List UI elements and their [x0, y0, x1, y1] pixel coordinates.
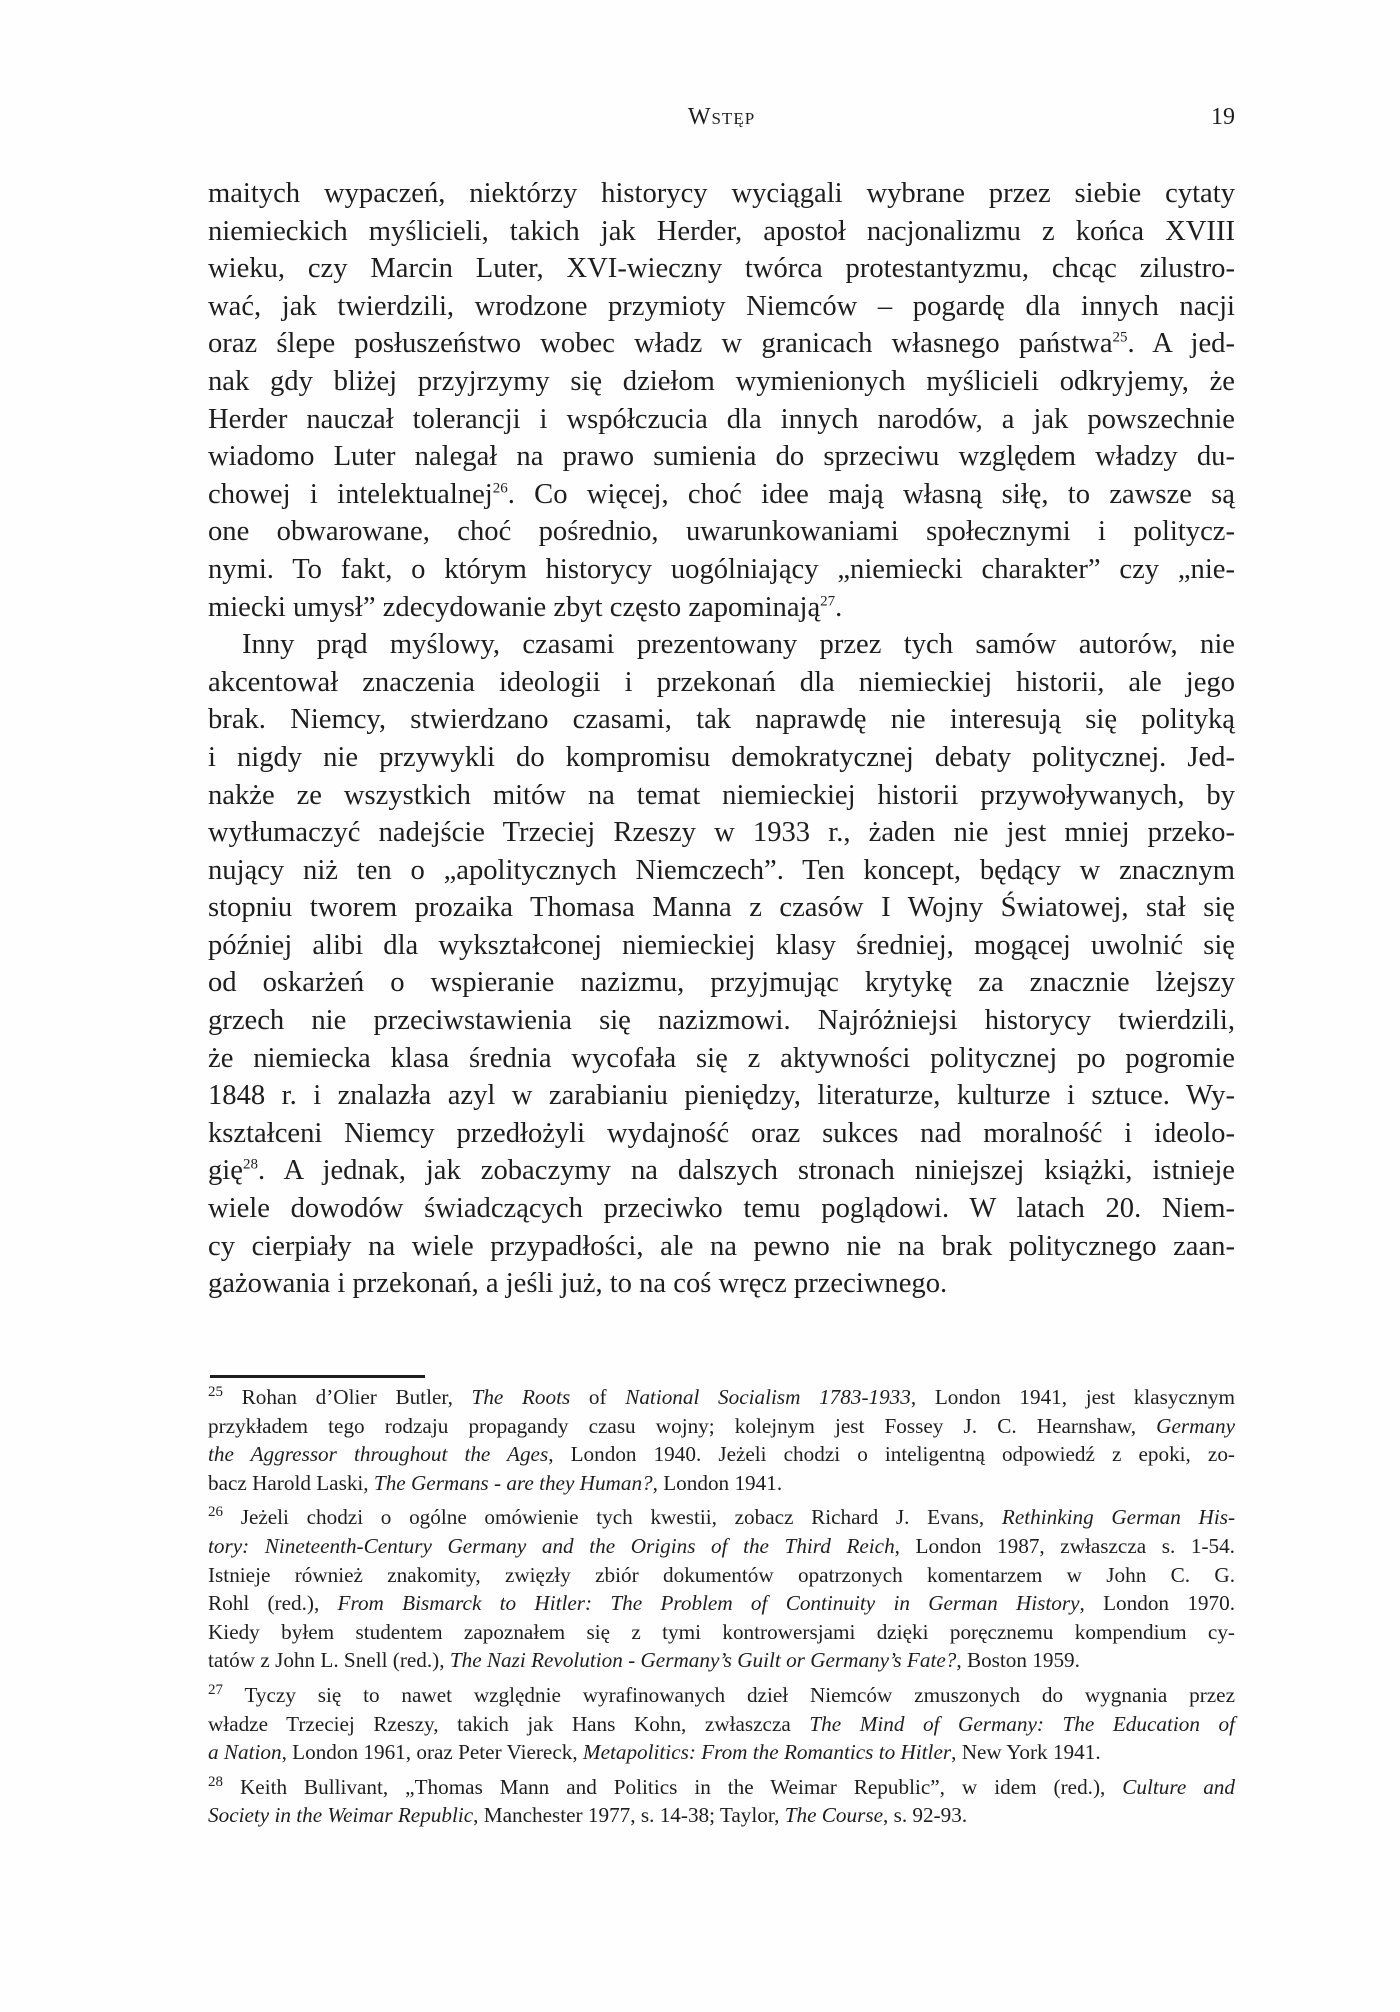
text-line: one obwarowane, choć pośrednio, uwarunko…	[208, 513, 1235, 551]
text-line: wiadomo Luter nalegał na prawo sumienia …	[208, 438, 1235, 476]
text-line: niemieckich myślicieli, takich jak Herde…	[208, 213, 1235, 251]
body-text: maitych wypaczeń, niektórzy historycy wy…	[208, 175, 1235, 1303]
footnote-line: tatów z John L. Snell (red.), The Nazi R…	[208, 1646, 1235, 1675]
text-line: brak. Niemcy, stwierdzano czasami, tak n…	[208, 701, 1235, 739]
text-line: maitych wypaczeń, niektórzy historycy wy…	[208, 175, 1235, 213]
text-line: gażowania i przekonań, a jeśli już, to n…	[208, 1265, 1235, 1303]
paragraph-2: Inny prąd myślowy, czasami prezentowany …	[208, 626, 1235, 1303]
footnote-line: a Nation, London 1961, oraz Peter Vierec…	[208, 1738, 1235, 1767]
footnote-25: 25 Rohan d’Olier Butler, The Roots of Na…	[208, 1383, 1235, 1497]
footnote-line: przykładem tego rodzaju propagandy czasu…	[208, 1412, 1235, 1441]
footnote-line: the Aggressor throughout the Ages, Londo…	[208, 1440, 1235, 1469]
footnote-ref[interactable]: 27	[820, 593, 835, 609]
text-line: miecki umysł” zdecydowanie zbyt często z…	[208, 589, 1235, 627]
footnote-number: 25	[208, 1384, 223, 1400]
footnote-line: tory: Nineteenth-Century Germany and the…	[208, 1532, 1235, 1561]
book-page: Wstęp 19 maitych wypaczeń, niektórzy his…	[0, 0, 1400, 2012]
footnote-28: 28 Keith Bullivant, „Thomas Mann and Pol…	[208, 1773, 1235, 1830]
footnote-line: władze Trzeciej Rzeszy, takich jak Hans …	[208, 1710, 1235, 1739]
text-line: od oskarżeń o wspieranie nazizmu, przyjm…	[208, 964, 1235, 1002]
text-line: gię28. A jednak, jak zobaczymy na dalszy…	[208, 1152, 1235, 1190]
running-head: Wstęp 19	[208, 100, 1235, 140]
footnote-number: 27	[208, 1682, 223, 1698]
footnote-26: 26 Jeżeli chodzi o ogólne omówienie tych…	[208, 1503, 1235, 1675]
text-line: i nigdy nie przywykli do kompromisu demo…	[208, 739, 1235, 777]
text-line: Herder nauczał tolerancji i współczucia …	[208, 401, 1235, 439]
text-line: nakże ze wszystkich mitów na temat niemi…	[208, 777, 1235, 815]
footnote-line: Kiedy byłem studentem zapoznałem się z t…	[208, 1618, 1235, 1647]
text-line: wieku, czy Marcin Luter, XVI-wieczny twó…	[208, 250, 1235, 288]
chapter-title: Wstęp	[208, 104, 1235, 131]
footnote-separator	[210, 1375, 425, 1378]
text-line: akcentował znaczenia ideologii i przekon…	[208, 664, 1235, 702]
footnote-ref[interactable]: 28	[243, 1157, 258, 1173]
text-line: cy cierpiały na wiele przypadłości, ale …	[208, 1228, 1235, 1266]
text-line: Inny prąd myślowy, czasami prezentowany …	[208, 626, 1235, 664]
footnote-line: 26 Jeżeli chodzi o ogólne omówienie tych…	[208, 1503, 1235, 1532]
footnote-line: 27 Tyczy się to nawet względnie wyrafino…	[208, 1681, 1235, 1710]
text-line: grzech nie przeciwstawienia się nazizmow…	[208, 1002, 1235, 1040]
text-line: nak gdy bliżej przyjrzymy się dziełom wy…	[208, 363, 1235, 401]
footnote-ref[interactable]: 26	[493, 480, 508, 496]
text-line: że niemiecka klasa średnia wycofała się …	[208, 1040, 1235, 1078]
footnote-line: Rohl (red.), From Bismarck to Hitler: Th…	[208, 1589, 1235, 1618]
footnote-27: 27 Tyczy się to nawet względnie wyrafino…	[208, 1681, 1235, 1767]
text-line: nymi. To fakt, o którym historycy uogóln…	[208, 551, 1235, 589]
footnote-line: Istnieje również znakomity, zwięzły zbió…	[208, 1561, 1235, 1590]
text-line: kształceni Niemcy przedłożyli wydajność …	[208, 1115, 1235, 1153]
footnote-line: bacz Harold Laski, The Germans - are the…	[208, 1469, 1235, 1498]
footnotes: 25 Rohan d’Olier Butler, The Roots of Na…	[208, 1383, 1235, 1836]
text-line: oraz ślepe posłuszeństwo wobec władz w g…	[208, 325, 1235, 363]
footnote-ref[interactable]: 25	[1113, 330, 1128, 346]
page-number: 19	[1211, 104, 1235, 131]
text-line: wiele dowodów świadczących przeciwko tem…	[208, 1190, 1235, 1228]
footnote-line: Society in the Weimar Republic, Manchest…	[208, 1801, 1235, 1830]
text-line: wać, jak twierdzili, wrodzone przymioty …	[208, 288, 1235, 326]
footnote-number: 26	[208, 1504, 223, 1520]
text-line: chowej i intelektualnej26. Co więcej, ch…	[208, 476, 1235, 514]
footnote-number: 28	[208, 1774, 223, 1790]
footnote-line: 28 Keith Bullivant, „Thomas Mann and Pol…	[208, 1773, 1235, 1802]
text-line: później alibi dla wykształconej niemieck…	[208, 927, 1235, 965]
text-line: wytłumaczyć nadejście Trzeciej Rzeszy w …	[208, 814, 1235, 852]
text-line: stopniu tworem prozaika Thomasa Manna z …	[208, 889, 1235, 927]
text-line: 1848 r. i znalazła azyl w zarabianiu pie…	[208, 1077, 1235, 1115]
paragraph-1: maitych wypaczeń, niektórzy historycy wy…	[208, 175, 1235, 626]
footnote-line: 25 Rohan d’Olier Butler, The Roots of Na…	[208, 1383, 1235, 1412]
text-line: nujący niż ten o „apolitycznych Niemczec…	[208, 852, 1235, 890]
